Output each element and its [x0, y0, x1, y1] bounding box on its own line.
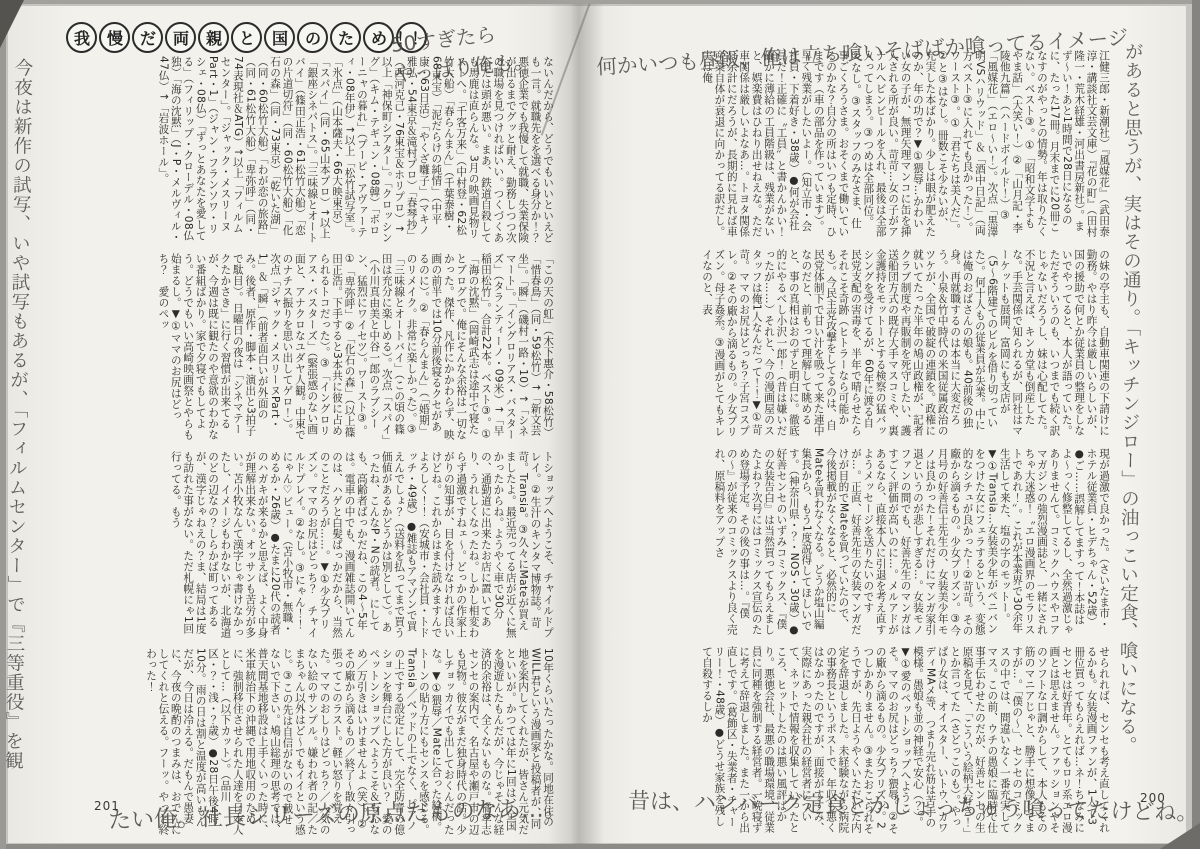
right-page-text-area: 江健三郎・新潮社）『風媒花』（武田泰淳・講談社文芸文庫）『花の町』（田村隆一・荒… — [606, 50, 1110, 836]
page-right-200: 江健三郎・新潮社）『風媒花』（武田泰淳・講談社文芸文庫）『花の町』（田村隆一・荒… — [574, 6, 1186, 843]
scan-edge-bottom — [0, 844, 1200, 849]
title-circled-char: 親 — [198, 22, 229, 53]
left-page-text-area: ないんだから、どうでもいいといえども一言。就職先をを選べる身分か！？悪徳企業でも… — [58, 56, 554, 836]
text-band-3: 現が過激で良かった。（さいたま市・ホテル従業員・ヒデちゃん・52歳）●ご……誤解… — [606, 448, 1110, 638]
text-band-2: の妹の亭主も、自動車関連の下請けに勤務。やはり昨今は厳しいらしいが、国の援助で何… — [606, 249, 1110, 439]
title-circled-char: だ — [132, 22, 163, 53]
title-circled-char: と — [231, 22, 262, 53]
page-number-right: 200 — [1140, 791, 1166, 805]
page-left-201: 我慢だ両親と国のため！！ ないんだから、どうでもいいといえども一言。就職先をを選… — [8, 6, 574, 843]
scan-edge-right — [1192, 0, 1200, 849]
title-circled-char: 慢 — [99, 22, 130, 53]
title-circled-char: の — [297, 22, 328, 53]
title-circled-char: 国 — [264, 22, 295, 53]
page-header-title: 我慢だ両親と国のため！！ — [66, 22, 427, 53]
text-band-1: 江健三郎・新潮社）『風媒花』（武田泰淳・講談社文芸文庫）『花の町』（田村隆一・荒… — [606, 50, 1110, 240]
scan-edge-left — [0, 0, 6, 849]
text-band-3: トショップへようこそ、チャイルドプレイ。②生汁のキンタマ博物誌。苛苛。Trans… — [58, 451, 554, 639]
title-circled-char: 我 — [66, 22, 97, 53]
text-band-1: ないんだから、どうでもいいといえども一言。就職先をを選べる身分か！？悪徳企業でも… — [58, 56, 554, 244]
text-band-2: 「この天の虹」（木下惠介・58松竹）「惜春鳥」（同・59松竹）↑「新文芸坐」。「… — [58, 253, 554, 441]
title-circled-char: た — [330, 22, 361, 53]
title-circled-char: 両 — [165, 22, 196, 53]
scanned-spread: 我慢だ両親と国のため！！ ないんだから、どうでもいいといえども一言。就職先をを選… — [0, 0, 1200, 849]
page-number-left: 201 — [94, 799, 120, 813]
scan-edge-top — [0, 0, 1200, 4]
